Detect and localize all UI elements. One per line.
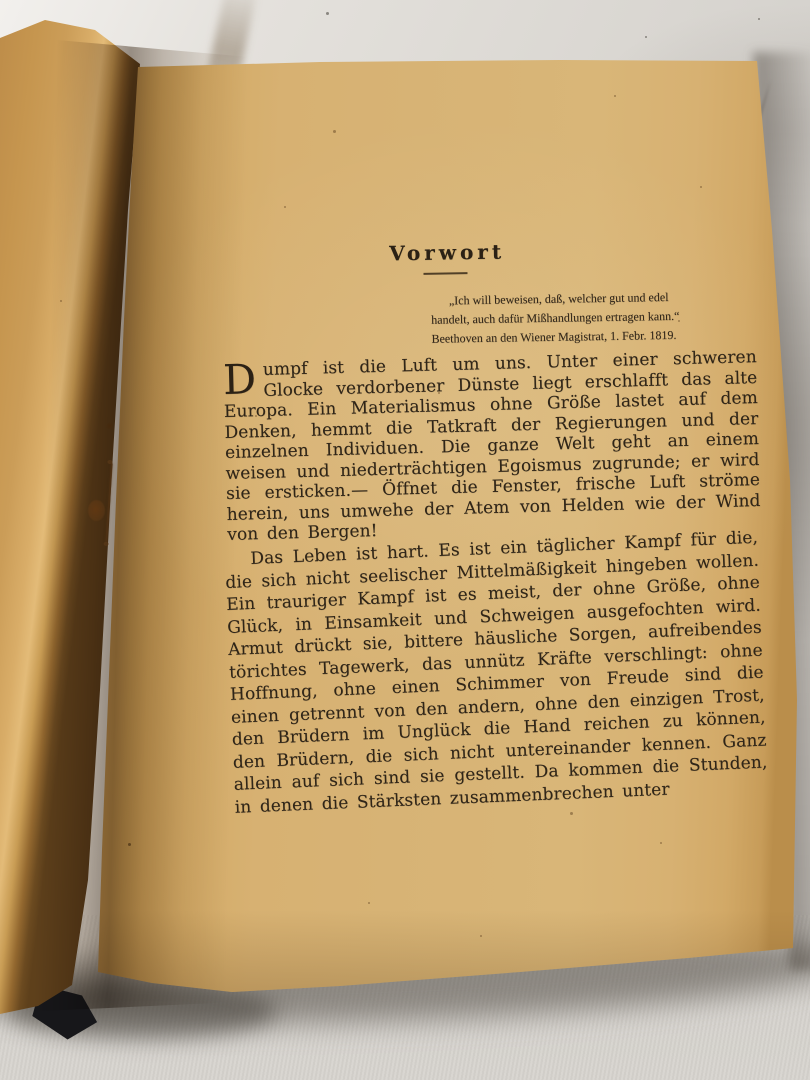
foxing-speck <box>284 206 286 208</box>
foxing-speck <box>614 95 616 97</box>
foxing-speck <box>333 130 336 133</box>
foxing-speck <box>480 935 482 937</box>
epigraph-attribution: Beethoven an den Wiener Magistrat, 1. Fe… <box>431 326 689 349</box>
page-content: Vorwort „Ich will beweisen, daß, welcher… <box>222 236 765 819</box>
paragraph-1-text: umpf ist die Luft um uns. Unter einer sc… <box>224 347 761 545</box>
stitch-knot <box>104 542 109 546</box>
paragraph-1: Dumpf ist die Luft um uns. Unter einer s… <box>223 347 762 545</box>
wall-speck <box>326 12 329 15</box>
book-photo-scene: Vorwort „Ich will beweisen, daß, welcher… <box>0 0 810 1080</box>
drop-cap: D <box>223 360 264 397</box>
binding-hole <box>106 422 113 430</box>
paper-stain <box>88 500 105 521</box>
stitch-thread <box>105 463 113 543</box>
epigraph: „Ich will beweisen, daß, welcher gut und… <box>431 288 690 349</box>
foxing-speck <box>660 842 662 844</box>
title-rule <box>423 272 467 275</box>
foxing-speck <box>60 300 62 302</box>
stitch-knot <box>107 460 112 464</box>
foxing-speck <box>368 902 370 904</box>
paragraph-2-text: Das Leben ist hart. Es ist ein täglicher… <box>225 527 768 817</box>
wall-speck <box>758 18 760 20</box>
wall-speck <box>645 36 647 38</box>
foxing-speck <box>128 843 131 846</box>
foxing-speck <box>700 186 702 188</box>
paragraph-2: Das Leben ist hart. Es ist ein täglicher… <box>224 526 769 818</box>
